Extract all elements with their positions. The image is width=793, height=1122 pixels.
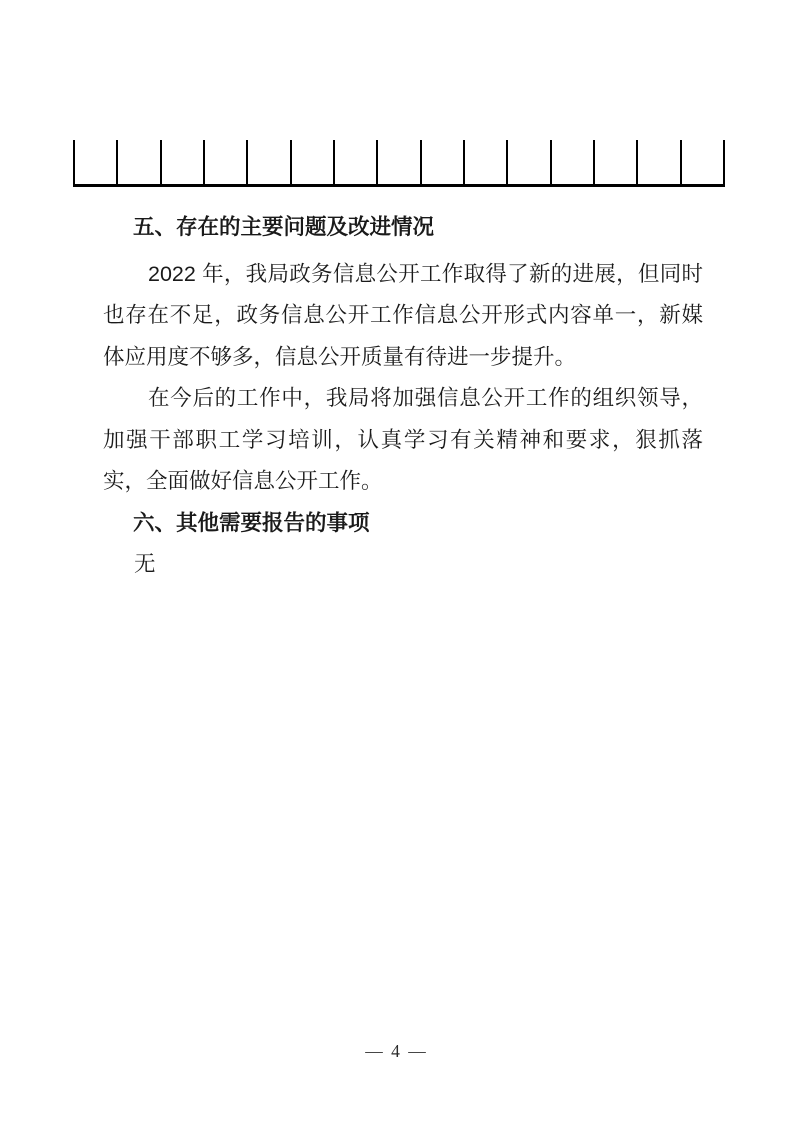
table-cell xyxy=(550,140,593,184)
table-cell xyxy=(160,140,203,184)
table-cell xyxy=(636,140,679,184)
table-cell xyxy=(506,140,549,184)
table-cell xyxy=(203,140,246,184)
section-heading-6: 六、其他需要报告的事项 xyxy=(133,503,703,545)
table-cell xyxy=(290,140,333,184)
table-fragment xyxy=(73,140,725,187)
table-cell xyxy=(463,140,506,184)
paragraph-none: 无 xyxy=(134,544,703,586)
paragraph-improvements: 在今后的工作中，我局将加强信息公开工作的组织领导，加强干部职工学习培训，认真学习… xyxy=(103,378,703,503)
table-cell xyxy=(680,140,725,184)
table-cell xyxy=(593,140,636,184)
document-body: 五、存在的主要问题及改进情况 2022 年，我局政务信息公开工作取得了新的进展，… xyxy=(103,207,703,586)
table-cell xyxy=(420,140,463,184)
document-page: 五、存在的主要问题及改进情况 2022 年，我局政务信息公开工作取得了新的进展，… xyxy=(0,0,793,1122)
page-number: — 4 — xyxy=(0,1041,793,1062)
table-cell xyxy=(376,140,419,184)
table-cell xyxy=(73,140,116,184)
table-cell xyxy=(333,140,376,184)
paragraph-problems: 2022 年，我局政务信息公开工作取得了新的进展，但同时也存在不足，政务信息公开… xyxy=(103,254,703,379)
table-cell xyxy=(116,140,159,184)
section-heading-5: 五、存在的主要问题及改进情况 xyxy=(133,207,703,249)
table-cell xyxy=(246,140,289,184)
